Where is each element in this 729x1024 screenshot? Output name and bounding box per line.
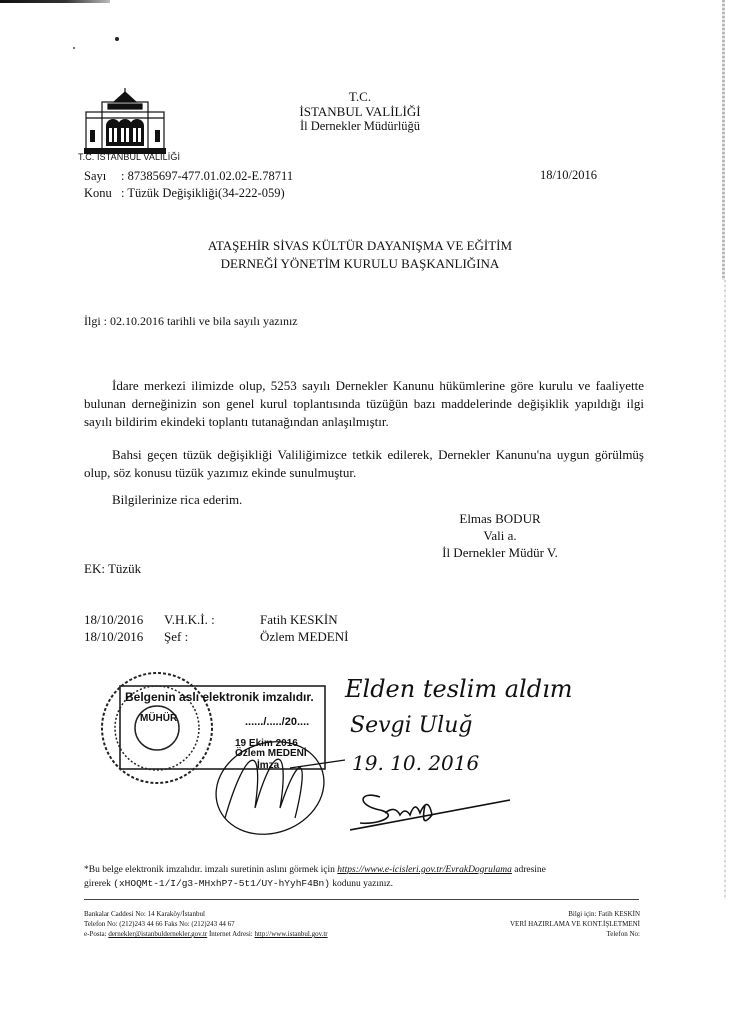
letterhead: T.C. İSTANBUL VALİLİĞİ İl Dernekler Müdü… xyxy=(270,89,450,134)
footnote-text: kodunu yazınız. xyxy=(330,879,393,889)
staff-name: Özlem MEDENİ xyxy=(260,628,348,645)
ilgi-line: İlgi : 02.10.2016 tarihli ve bila sayılı… xyxy=(84,314,298,329)
footnote-text: *Bu belge elektronik imzalıdır. imzalı s… xyxy=(84,865,337,875)
logo-caption: T.C. İSTANBUL VALİLİĞİ xyxy=(78,152,180,162)
recipient: ATAŞEHİR SİVAS KÜLTÜR DAYANIŞMA VE EĞİTİ… xyxy=(160,237,560,273)
footer-contact: Bankalar Caddesi No: 14 Karaköy/İstanbul… xyxy=(84,909,328,939)
seal-text: MÜHÜR xyxy=(140,713,177,724)
signature-block: Elmas BODUR Vali a. İl Dernekler Müdür V… xyxy=(405,510,595,561)
footer-info: Bilgi için: Fatih KESKİN VERİ HAZIRLAMA … xyxy=(440,909,640,939)
stamp-heading: Belgenin aslı elektronik imzalıdır. xyxy=(125,690,314,704)
email-label: e-Posta: xyxy=(84,930,108,938)
paragraph-text: İdare merkezi ilimizde olup, 5253 sayılı… xyxy=(84,378,644,429)
staff-name: Fatih KESKİN xyxy=(260,611,338,628)
recipient-line2: DERNEĞİ YÖNETİM KURULU BAŞKANLIĞINA xyxy=(160,255,560,273)
footnote-text: adresine xyxy=(512,865,546,875)
footer-address: Bankalar Caddesi No: 14 Karaköy/İstanbul xyxy=(84,909,328,919)
body-paragraph-3: Bilgilerinize rica ederim. xyxy=(84,491,644,509)
info-role: VERİ HAZIRLAMA VE KONT.İŞLETMENİ xyxy=(440,919,640,929)
staff-row: 18/10/2016 Şef : Özlem MEDENİ xyxy=(84,628,348,645)
handwriting-line2: Sevgi Uluğ xyxy=(350,713,472,738)
letterhead-line1: T.C. xyxy=(270,89,450,104)
stamp-name: Özlem MEDENİ xyxy=(235,748,307,759)
handwriting-line3: 19. 10. 2016 xyxy=(352,751,479,775)
e-signature-footnote: *Bu belge elektronik imzalıdır. imzalı s… xyxy=(84,864,684,891)
footnote-text: girerek xyxy=(84,879,113,889)
scan-artifact-top xyxy=(0,0,110,3)
konu-label: Konu xyxy=(84,185,121,202)
staff-list: 18/10/2016 V.H.K.İ. : Fatih KESKİN 18/10… xyxy=(84,611,348,645)
footer-phone: Telefon No: (212)243 44 66 Faks No: (212… xyxy=(84,919,328,929)
staff-role: Şef : xyxy=(164,628,260,645)
government-building-icon xyxy=(84,88,166,154)
reference-block: Sayı: 87385697-477.01.02.02-E.78711 Konu… xyxy=(84,168,293,202)
staff-row: 18/10/2016 V.H.K.İ. : Fatih KESKİN xyxy=(84,611,348,628)
handwritten-signature-icon xyxy=(350,785,530,835)
signer-title-1: Vali a. xyxy=(405,527,595,544)
paragraph-text: Bilgilerinize rica ederim. xyxy=(112,492,242,507)
scan-artifact-edge xyxy=(724,280,726,900)
staff-date: 18/10/2016 xyxy=(84,628,164,645)
letterhead-line3: İl Dernekler Müdürlüğü xyxy=(270,119,450,134)
handwriting-line1: Elden teslim aldım xyxy=(345,675,573,703)
staff-date: 18/10/2016 xyxy=(84,611,164,628)
body-paragraph-1: İdare merkezi ilimizde olup, 5253 sayılı… xyxy=(84,377,644,431)
document-date: 18/10/2016 xyxy=(540,168,597,183)
footer-divider xyxy=(84,899,639,900)
verification-code: (xHOQMt-1/I/g3-MHxhP7-5t1/UY-hYyhF4Bn) xyxy=(113,878,330,889)
stamp-imza: İmza xyxy=(257,760,279,771)
stamp-date-placeholder: ....../...../20.... xyxy=(245,716,309,728)
letterhead-line2: İSTANBUL VALİLİĞİ xyxy=(270,104,450,119)
recipient-line1: ATAŞEHİR SİVAS KÜLTÜR DAYANIŞMA VE EĞİTİ… xyxy=(160,237,560,255)
info-contact: Bilgi için: Fatih KESKİN xyxy=(440,909,640,919)
info-phone: Telefon No: xyxy=(440,929,640,939)
website-link[interactable]: http://www.istanbul.gov.tr xyxy=(254,930,327,938)
sayi-label: Sayı xyxy=(84,168,121,185)
scan-artifact-dot xyxy=(115,37,119,41)
scan-artifact-dot xyxy=(73,47,75,49)
email-link[interactable]: dernekler@istanbuldernekler.gov.tr xyxy=(108,930,207,938)
web-label: İnternet Adresi: xyxy=(207,930,254,938)
signer-title-2: İl Dernekler Müdür V. xyxy=(405,544,595,561)
stamp-and-seal: Belgenin aslı elektronik imzalıdır. ....… xyxy=(95,668,345,838)
verification-link[interactable]: https://www.e-icisleri.gov.tr/EvrakDogru… xyxy=(337,865,512,875)
handwritten-receipt: Elden teslim aldım Sevgi Uluğ 19. 10. 20… xyxy=(340,675,630,830)
konu-value: : Tüzük Değişikliği(34-222-059) xyxy=(121,186,285,200)
body-paragraph-2: Bahsi geçen tüzük değişikliği Valiliğimi… xyxy=(84,446,644,482)
attachment-note: EK: Tüzük xyxy=(84,561,141,577)
signer-name: Elmas BODUR xyxy=(405,510,595,527)
paragraph-text: Bahsi geçen tüzük değişikliği Valiliğimi… xyxy=(84,447,644,480)
scan-artifact-edge xyxy=(722,0,725,280)
sayi-value: : 87385697-477.01.02.02-E.78711 xyxy=(121,169,293,183)
staff-role: V.H.K.İ. : xyxy=(164,611,260,628)
